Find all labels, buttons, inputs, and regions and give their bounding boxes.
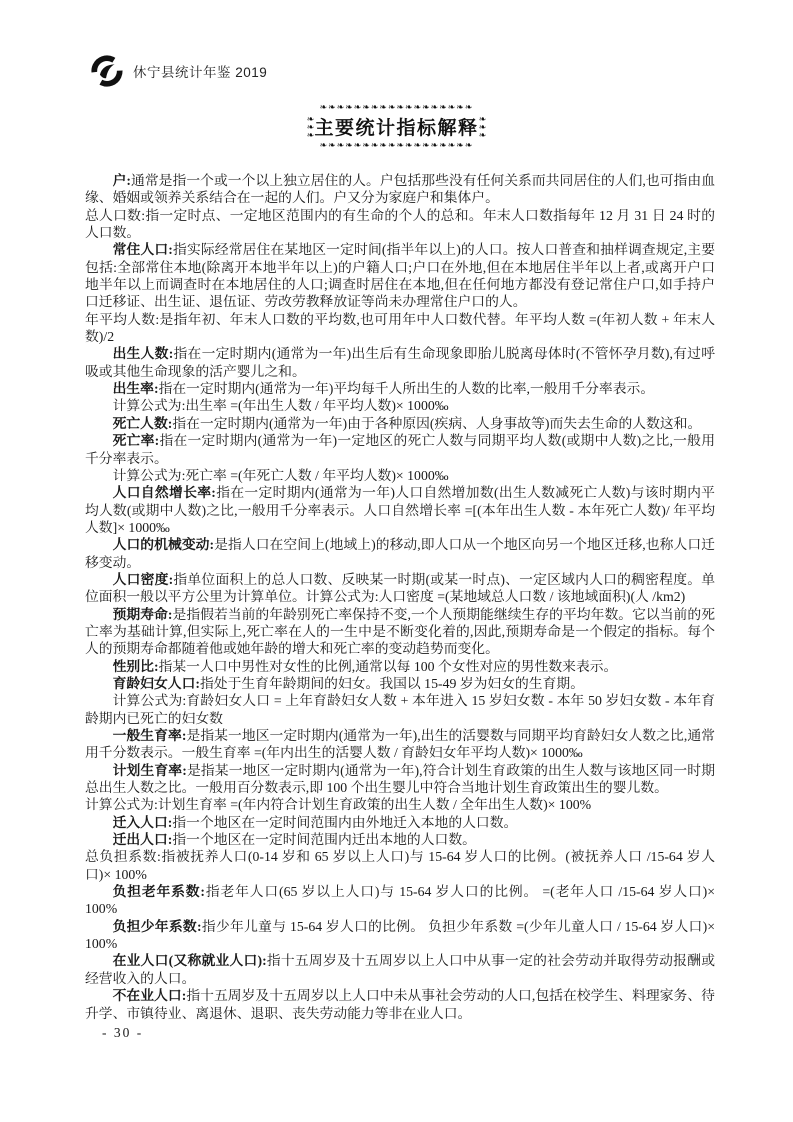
definition-paragraph: 死亡人数:指在一定时期内(通常为一年)由于各种原因(疾病、人身事故等)而失去生命…	[85, 415, 715, 432]
indicator-text: 指在一定时期内(通常为一年)由于各种原因(疾病、人身事故等)而失去生命的人数这和…	[172, 416, 701, 431]
indicator-text: 指一个地区在一定时间范围内迁出本地的人口数。	[172, 832, 476, 847]
definition-paragraph: 出生人数:指在一定时期内(通常为一年)出生后有生命现象即胎儿脱离母体时(不管怀孕…	[85, 345, 715, 380]
indicator-text: 通常是指一个或一个以上独立居住的人。户包括那些没有任何关系而共同居住的人们,也可…	[85, 173, 715, 205]
indicator-term: 死亡率:	[113, 433, 160, 448]
indicator-term: 常住人口:	[113, 242, 173, 257]
formula-text: 计算公式为:计划生育率 =(年内符合计划生育政策的出生人数 / 全年出生人数)×…	[85, 797, 591, 812]
definition-paragraph: 人口的机械变动:是指人口在空间上(地域上)的移动,即人口从一个地区向另一个地区迁…	[85, 536, 715, 571]
indicator-term: 不在业人口:	[113, 988, 187, 1003]
definition-paragraph: 迁入人口:指一个地区在一定时间范围内由外地迁入本地的人口数。	[85, 814, 715, 831]
indicator-text: 指一个地区在一定时间范围内由外地迁入本地的人口数。	[172, 815, 517, 830]
definition-paragraph: 总负担系数:指被抚养人口(0-14 岁和 65 岁以上人口)与 15-64 岁人…	[85, 848, 715, 883]
indicator-term: 出生率:	[113, 381, 159, 396]
indicator-text: 总人口数:指一定时点、一定地区范围内的有生命的个人的总和。年末人口数指每年 12…	[85, 208, 715, 240]
indicator-term: 负担老年系数:	[113, 884, 205, 899]
definition-paragraph: 一般生育率:是指某一地区一定时期内(通常为一年),出生的活婴数与同期平均育龄妇女…	[85, 727, 715, 762]
indicator-text: 是指假若当前的年龄别死亡率保持不变,一个人预期能继续生存的平均年数。它以当前的死…	[85, 607, 715, 657]
definition-paragraph: 总人口数:指一定时点、一定地区范围内的有生命的个人的总和。年末人口数指每年 12…	[85, 207, 715, 242]
page-number: - 30 -	[102, 1025, 143, 1041]
indicator-term: 死亡人数:	[113, 416, 173, 431]
definition-paragraph: 计划生育率:是指某一地区一定时期内(通常为一年),符合计划生育政策的出生人数与该…	[85, 762, 715, 797]
indicator-text: 总负担系数:指被抚养人口(0-14 岁和 65 岁以上人口)与 15-64 岁人…	[85, 849, 715, 881]
ornament-border-right-icon: ❧❧❧	[479, 115, 487, 139]
formula-paragraph: 计算公式为:出生率 =(年出生人数 / 年平均人数)× 1000‰	[85, 397, 715, 414]
definition-paragraph: 年平均人数:是指年初、年末人口数的平均数,也可用年中人口数代替。年平均人数 =(…	[85, 311, 715, 346]
indicator-text: 指在一定时期内(通常为一年)一定地区的死亡人数与同期平均人数(或期中人数)之比,…	[85, 433, 715, 465]
definition-paragraph: 性别比:指某一人口中男性对女性的比例,通常以每 100 个女性对应的男性数来表示…	[85, 658, 715, 675]
formula-text: 计算公式为:出生率 =(年出生人数 / 年平均人数)× 1000‰	[113, 398, 449, 413]
definition-paragraph: 常住人口:指实际经常居住在某地区一定时间(指半年以上)的人口。按人口普查和抽样调…	[85, 241, 715, 310]
definition-paragraph: 出生率:指在一定时期内(通常为一年)平均每千人所出生的人数的比率,一般用千分率表…	[85, 380, 715, 397]
ornament-border-top-icon: ❧❧❧❧❧❧❧❧❧❧❧❧❧❧❧❧❧❧	[307, 103, 487, 112]
definition-paragraph: 户:通常是指一个或一个以上独立居住的人。户包括那些没有任何关系而共同居住的人们,…	[85, 172, 715, 207]
indicator-text: 指某一人口中男性对女性的比例,通常以每 100 个女性对应的男性数来表示。	[159, 659, 618, 674]
title-box: ❧❧❧❧❧❧❧❧❧❧❧❧❧❧❧❧❧❧ ❧❧❧ 主要统计指标解释 ❧❧❧ ❧❧❧❧…	[307, 103, 487, 150]
definition-paragraph: 死亡率:指在一定时期内(通常为一年)一定地区的死亡人数与同期平均人数(或期中人数…	[85, 432, 715, 467]
indicator-term: 育龄妇女人口:	[113, 676, 200, 691]
page-title: 主要统计指标解释	[314, 113, 478, 140]
indicator-term: 在业人口(又称就业人口):	[113, 953, 267, 968]
indicator-text: 指单位面积上的总人口数、反映某一时期(或某一时点)、一定区域内人口的稠密程度。单…	[85, 572, 715, 604]
yearbook-page: 休宁县统计年鉴 2019 ❧❧❧❧❧❧❧❧❧❧❧❧❧❧❧❧❧❧ ❧❧❧ 主要统计…	[0, 0, 793, 1122]
definition-paragraph: 负担老年系数:指老年人口(65 岁以上人口)与 15-64 岁人口的比例。 =(…	[85, 883, 715, 918]
definition-paragraph: 在业人口(又称就业人口):指十五周岁及十五周岁以上人口中从事一定的社会劳动并取得…	[85, 952, 715, 987]
indicator-text: 年平均人数:是指年初、年末人口数的平均数,也可用年中人口数代替。年平均人数 =(…	[85, 312, 715, 344]
indicator-term: 预期寿命:	[113, 607, 173, 622]
definition-paragraph: 育龄妇女人口:指处于生育年龄期间的妇女。我国以 15-49 岁为妇女的生育期。	[85, 675, 715, 692]
indicator-text: 指在一定时期内(通常为一年)出生后有生命现象即胎儿脱离母体时(不管怀孕月数),有…	[85, 346, 715, 378]
indicator-term: 出生人数:	[113, 346, 174, 361]
indicator-term: 人口密度:	[113, 572, 174, 587]
definition-paragraph: 负担少年系数:指少年儿童与 15-64 岁人口的比例。 负担少年系数 =(少年儿…	[85, 918, 715, 953]
definitions-content: 户:通常是指一个或一个以上独立居住的人。户包括那些没有任何关系而共同居住的人们,…	[85, 172, 715, 1022]
formula-paragraph: 计算公式为:死亡率 =(年死亡人数 / 年平均人数)× 1000‰	[85, 467, 715, 484]
indicator-term: 户:	[113, 173, 131, 188]
page-header: 休宁县统计年鉴 2019	[90, 54, 267, 88]
yearbook-title: 休宁县统计年鉴 2019	[133, 61, 267, 81]
indicator-term: 人口的机械变动:	[113, 537, 215, 552]
definition-paragraph: 人口自然增长率:指在一定时期内(通常为一年)人口自然增加数(出生人数减死亡人数)…	[85, 484, 715, 536]
ornament-border-bottom-icon: ❧❧❧❧❧❧❧❧❧❧❧❧❧❧❧❧❧❧	[307, 141, 487, 150]
indicator-term: 负担少年系数:	[113, 919, 202, 934]
indicator-term: 人口自然增长率:	[113, 485, 216, 500]
indicator-text: 指实际经常居住在某地区一定时间(指半年以上)的人口。按人口普查和抽样调查规定,主…	[85, 242, 715, 309]
indicator-text: 指处于生育年龄期间的妇女。我国以 15-49 岁为妇女的生育期。	[200, 676, 584, 691]
definition-paragraph: 迁出人口:指一个地区在一定时间范围内迁出本地的人口数。	[85, 831, 715, 848]
definition-paragraph: 不在业人口:指十五周岁及十五周岁以上人口中未从事社会劳动的人口,包括在校学生、料…	[85, 987, 715, 1022]
formula-paragraph: 计算公式为:计划生育率 =(年内符合计划生育政策的出生人数 / 全年出生人数)×…	[85, 796, 715, 813]
formula-text: 计算公式为:死亡率 =(年死亡人数 / 年平均人数)× 1000‰	[113, 468, 449, 483]
definition-paragraph: 人口密度:指单位面积上的总人口数、反映某一时期(或某一时点)、一定区域内人口的稠…	[85, 571, 715, 606]
formula-paragraph: 计算公式为:育龄妇女人口 = 上年育龄妇女人数 + 本年进入 15 岁妇女数 -…	[85, 692, 715, 727]
indicator-term: 迁入人口:	[113, 815, 173, 830]
indicator-text: 指在一定时期内(通常为一年)平均每千人所出生的人数的比率,一般用千分率表示。	[159, 381, 655, 396]
formula-text: 计算公式为:育龄妇女人口 = 上年育龄妇女人数 + 本年进入 15 岁妇女数 -…	[85, 693, 715, 725]
indicator-term: 迁出人口:	[113, 832, 173, 847]
definition-paragraph: 预期寿命:是指假若当前的年龄别死亡率保持不变,一个人预期能继续生存的平均年数。它…	[85, 606, 715, 658]
indicator-term: 性别比:	[113, 659, 159, 674]
yearbook-swirl-logo-icon	[90, 54, 124, 88]
indicator-term: 计划生育率:	[113, 763, 187, 778]
indicator-term: 一般生育率:	[113, 728, 187, 743]
ornament-border-left-icon: ❧❧❧	[307, 115, 315, 139]
